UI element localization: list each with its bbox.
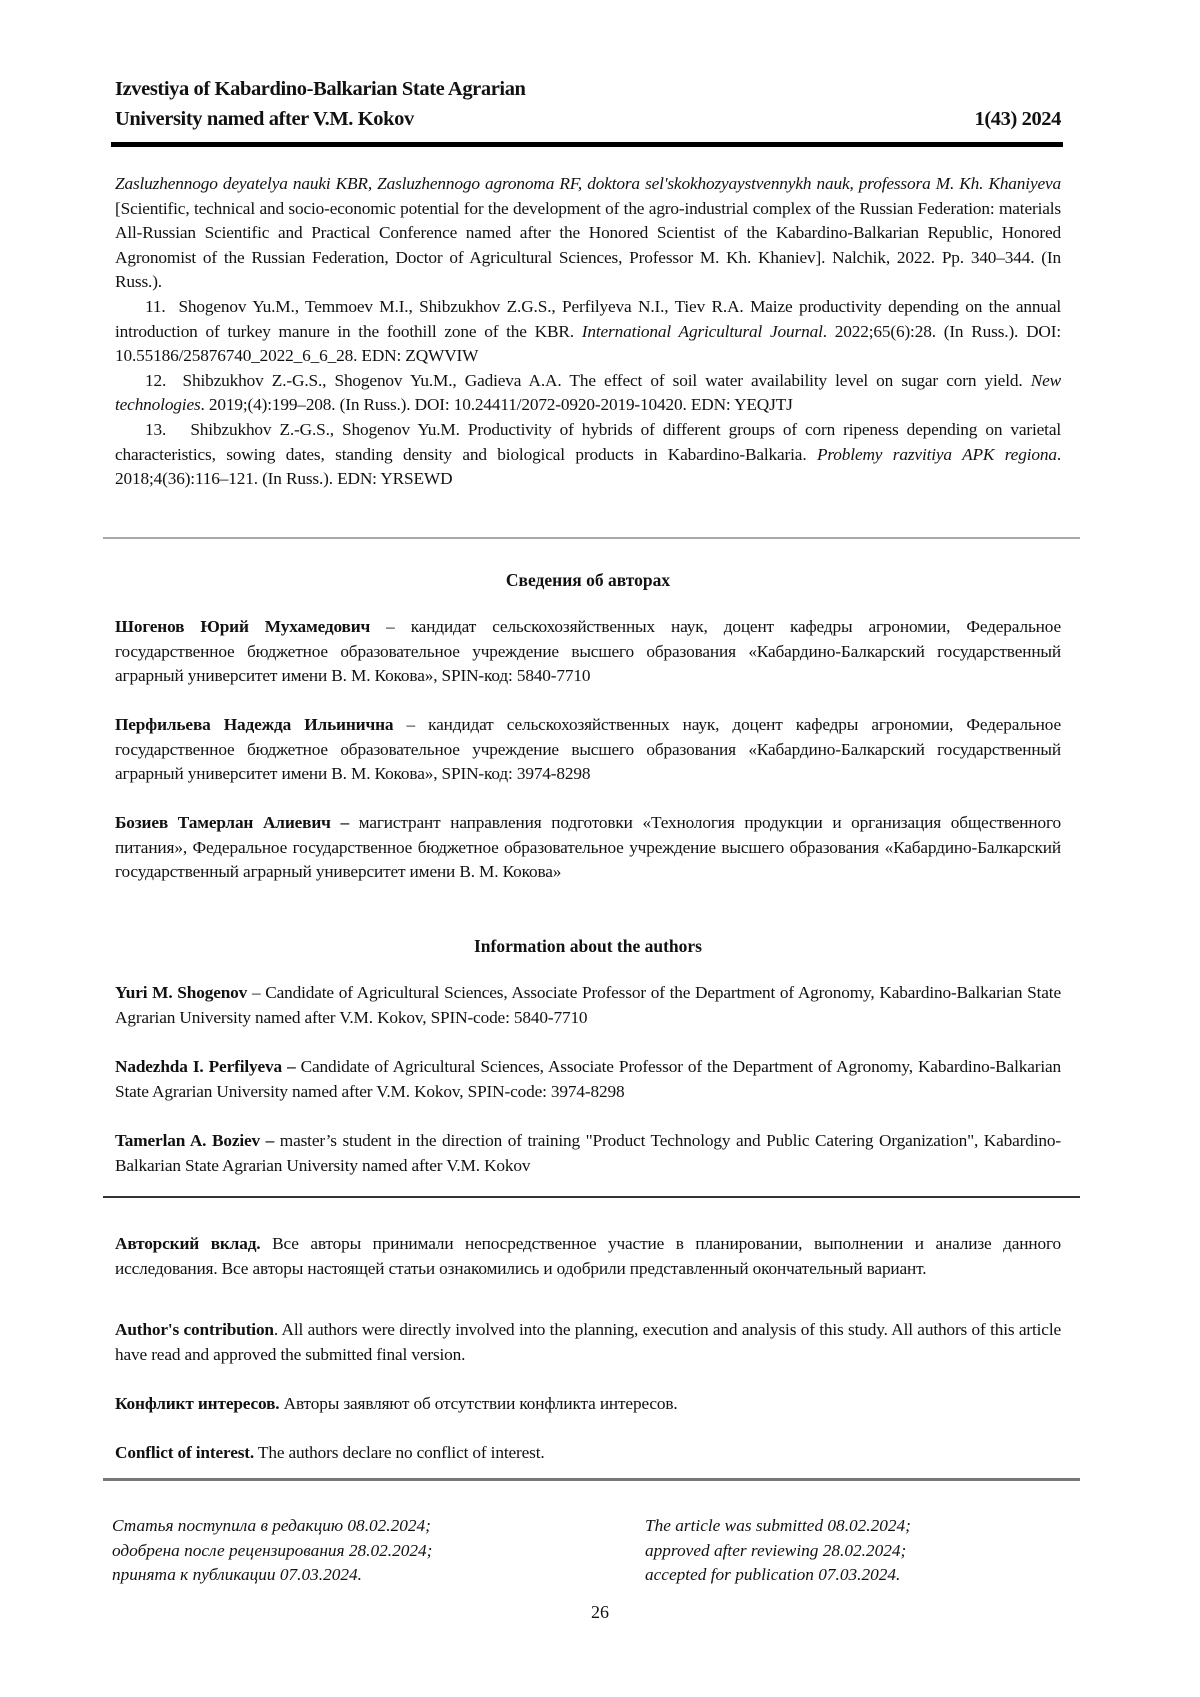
reference-item: 12. Shibzukhov Z.-G.S., Shogenov Yu.M., … [115, 369, 1061, 418]
reference-number: 11. [145, 297, 166, 316]
reference-item: 11. Shogenov Yu.M., Temmoev M.I., Shibzu… [115, 295, 1061, 369]
running-header: Izvestiya of Kabardino-Balkarian State A… [115, 74, 1061, 134]
journal-page: Izvestiya of Kabardino-Balkarian State A… [0, 0, 1200, 1697]
authors-en-title: Information about the authors [115, 934, 1061, 958]
reference-number: 13. [145, 420, 166, 439]
conflict-ru: Конфликт интересов. Авторы заявляют об о… [115, 1392, 1061, 1417]
author-bio: – Candidate of Agricultural Sciences, As… [115, 983, 1061, 1027]
contribution-en: Author's contribution. All authors were … [115, 1318, 1061, 1367]
author-name: Yuri M. Shogenov [115, 983, 247, 1002]
date-approved-en: approved after reviewing 28.02.2024; [645, 1539, 911, 1564]
journal-title-line2: University named after V.M. Kokov [115, 104, 414, 134]
author-name: Бозиев Тамерлан Алиевич – [115, 813, 349, 832]
statement-label: Авторский вклад. [115, 1234, 260, 1253]
journal-title-line1: Izvestiya of Kabardino-Balkarian State A… [115, 74, 526, 104]
dates-ru: Статья поступила в редакцию 08.02.2024; … [112, 1514, 432, 1588]
author-name: Nadezhda I. Perfilyeva – [115, 1057, 296, 1076]
header-rule [111, 142, 1063, 147]
reference-continuation: Zasluzhennogo deyatelya nauki KBR, Zaslu… [115, 172, 1061, 295]
author-en-entry: Tamerlan A. Boziev – master’s student in… [115, 1129, 1061, 1178]
date-accepted-en: accepted for publication 07.03.2024. [645, 1563, 911, 1588]
reference-number: 12. [145, 371, 166, 390]
section-divider [103, 1478, 1080, 1481]
author-ru-entry: Бозиев Тамерлан Алиевич – магистрант нап… [115, 811, 1061, 885]
reference-details: . 2019;(4):199–208. (In Russ.). DOI: 10.… [201, 395, 793, 414]
reference-text: Shibzukhov Z.-G.S., Shogenov Yu.M., Gadi… [183, 371, 1031, 390]
reference-text: [Scientific, technical and socio-economi… [115, 199, 1061, 292]
date-accepted-ru: принята к публикации 07.03.2024. [112, 1563, 432, 1588]
issue-number: 1(43) 2024 [974, 104, 1061, 134]
conflict-en: Conflict of interest. The authors declar… [115, 1441, 1061, 1466]
statement-text: Авторы заявляют об отсутствии конфликта … [279, 1394, 677, 1413]
statement-text: The authors declare no conflict of inter… [254, 1443, 544, 1462]
author-name: Перфильева Надежда Ильинична [115, 715, 393, 734]
contribution-ru: Авторский вклад. Все авторы принимали не… [115, 1232, 1061, 1281]
reference-italic-title: Zasluzhennogo deyatelya nauki KBR, Zaslu… [115, 174, 1061, 193]
authors-ru-title: Сведения об авторах [115, 568, 1061, 592]
reference-item: 13. Shibzukhov Z.-G.S., Shogenov Yu.M. P… [115, 418, 1061, 492]
date-submitted-en: The article was submitted 08.02.2024; [645, 1514, 911, 1539]
reference-journal: International Agricultural Journal [582, 322, 823, 341]
section-divider [103, 1196, 1080, 1198]
reference-journal: Problemy razvitiya APK regiona [817, 445, 1057, 464]
author-en-entry: Yuri M. Shogenov – Candidate of Agricult… [115, 981, 1061, 1030]
date-approved-ru: одобрена после рецензирования 28.02.2024… [112, 1539, 432, 1564]
statement-label: Конфликт интересов. [115, 1394, 279, 1413]
author-name: Шогенов Юрий Мухамедович [115, 617, 370, 636]
author-ru-entry: Перфильева Надежда Ильинична – кандидат … [115, 713, 1061, 787]
references-list: Zasluzhennogo deyatelya nauki KBR, Zaslu… [115, 172, 1061, 492]
author-ru-entry: Шогенов Юрий Мухамедович – кандидат сель… [115, 615, 1061, 689]
page-number: 26 [0, 1602, 1200, 1623]
author-en-entry: Nadezhda I. Perfilyeva – Candidate of Ag… [115, 1055, 1061, 1104]
date-submitted-ru: Статья поступила в редакцию 08.02.2024; [112, 1514, 432, 1539]
statement-label: Author's contribution [115, 1320, 274, 1339]
dates-en: The article was submitted 08.02.2024; ap… [645, 1514, 911, 1588]
statement-label: Conflict of interest. [115, 1443, 254, 1462]
section-divider [103, 537, 1080, 539]
author-name: Tamerlan A. Boziev – [115, 1131, 274, 1150]
